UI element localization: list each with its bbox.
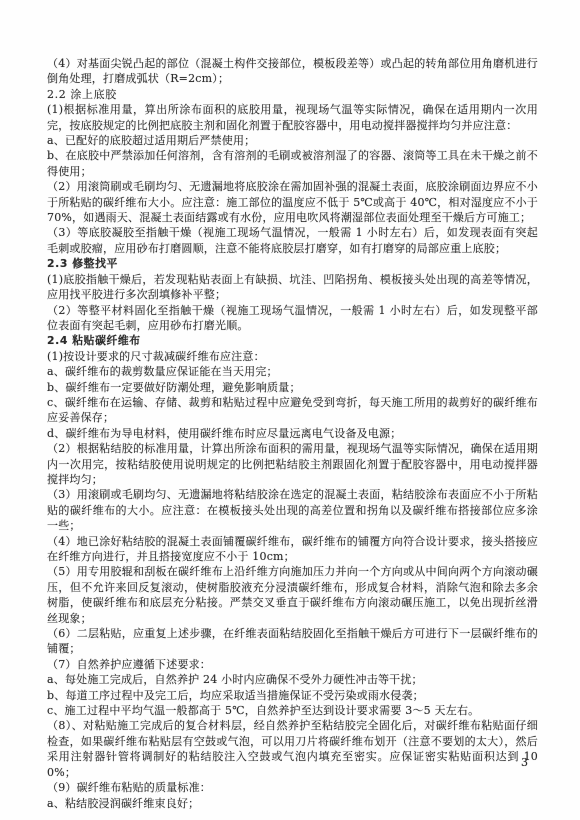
page-number: 3 (521, 756, 528, 769)
paragraph-adhesive-3: （3）用滚刷或毛刷均匀、无遗漏地将粘结胶涂在选定的混凝土表面，粘结胶涂布表面应不… (47, 487, 538, 533)
paragraph-cutting-1b: b、碳纤维布一定要做好防潮处理，避免影响质量； (47, 380, 538, 395)
paragraph-primer-1a: a、已配好的底胶超过适用期后严禁使用； (47, 133, 538, 148)
paragraph-quality-9a: a、粘结胶浸润碳纤维束良好； (47, 796, 538, 811)
paragraph-primer-3: （3）等底胶凝胶至指触干燥（视施工现场气温情况，一般需 1 小时左右）后，如发现… (47, 225, 538, 256)
paragraph-primer-1b: b、在底胶中严禁添加任何溶剂，含有溶剂的毛刷或被溶剂湿了的容器、滚筒等工具在未干… (47, 148, 538, 179)
paragraph-adhesive-2: （2）根据粘结胶的标准用量，计算出所涂布面积的需用量，视现场气温等实际情况，确保… (47, 441, 538, 487)
paragraph-second-layer-6: （6）二层粘贴，应重复上述步骤，在纤维表面粘结胶固化至指触干燥后方可进行下一层碳… (47, 626, 538, 657)
document-page: （4）对基面尖锐凸起的部位（混凝土构件交接部位，模板段差等）或凸起的转角部位用角… (0, 0, 580, 820)
paragraph-leveling-1: (1)底胶指触干燥后，若发现粘贴表面上有缺损、坑洼、凹陷拐角、模板接头处出现的高… (47, 272, 538, 303)
paragraph-leveling-2: （2）等整平材料固化至指触干燥（视施工现场气温情况，一般需 1 小时左右）后，如… (47, 303, 538, 334)
paragraph-curing-7b: b、每道工序过程中及完工后，均应采取适当措施保证不受污染或雨水侵袭； (47, 688, 538, 703)
paragraph-cutting-1a: a、碳纤维布的裁剪数量应保证能在当天用完； (47, 364, 538, 379)
paragraph-item-4-surface: （4）对基面尖锐凸起的部位（混凝土构件交接部位，模板段差等）或凸起的转角部位用角… (47, 56, 538, 87)
paragraph-quality-9: （9）碳纤维布粘贴的质量标准： (47, 780, 538, 795)
paragraph-primer-1: (1)根据标准用量，算出所涂布面积的底胶用量，视现场气温等实际情况，确保在适用期… (47, 102, 538, 133)
paragraph-primer-2: （2）用滚筒刷或毛刷均匀、无遗漏地将底胶涂在需加固补强的混凝土表面，底胶涂刷面边… (47, 179, 538, 225)
section-heading-2-2: 2.2 涂上底胶 (47, 87, 538, 102)
paragraph-curing-7a: a、每处施工完成后，自然养护 24 小时内应确保不受外力硬性冲击等干扰； (47, 672, 538, 687)
section-heading-2-4: 2.4 粘贴碳纤维布 (47, 333, 538, 348)
paragraph-rolling-5: （5）用专用胶辊和刮板在碳纤维布上沿纤维方向施加压力并向一个方向或从中间向两个方… (47, 564, 538, 626)
paragraph-cutting-1: (1)按设计要求的尺寸裁减碳纤维布应注意： (47, 349, 538, 364)
paragraph-curing-7: （7）自然养护应遵循下述要求： (47, 657, 538, 672)
paragraph-inspection-8: （8）、对粘贴施工完成后的复合材料层，经自然养护至粘结胶完全固化后，对碳纤维布粘… (47, 718, 538, 780)
paragraph-cutting-1d: d、碳纤维布为导电材料，使用碳纤维布时应尽量远离电气设备及电源； (47, 426, 538, 441)
paragraph-lay-fabric-4: （4）地已涂好粘结胶的混凝土表面铺覆碳纤维布，碳纤维布的铺覆方向符合设计要求，接… (47, 534, 538, 565)
paragraph-cutting-1c: c、碳纤维布在运输、存储、裁剪和粘贴过程中应避免受到弯折，每天施工所用的裁剪好的… (47, 395, 538, 426)
paragraph-curing-7c: c、施工过程中平均气温一般都高于 5℃，自然养护至达到设计要求需要 3～5 天左… (47, 703, 538, 718)
section-heading-2-3: 2.3 修整找平 (47, 256, 538, 271)
document-text-block: （4）对基面尖锐凸起的部位（混凝土构件交接部位，模板段差等）或凸起的转角部位用角… (47, 56, 538, 811)
